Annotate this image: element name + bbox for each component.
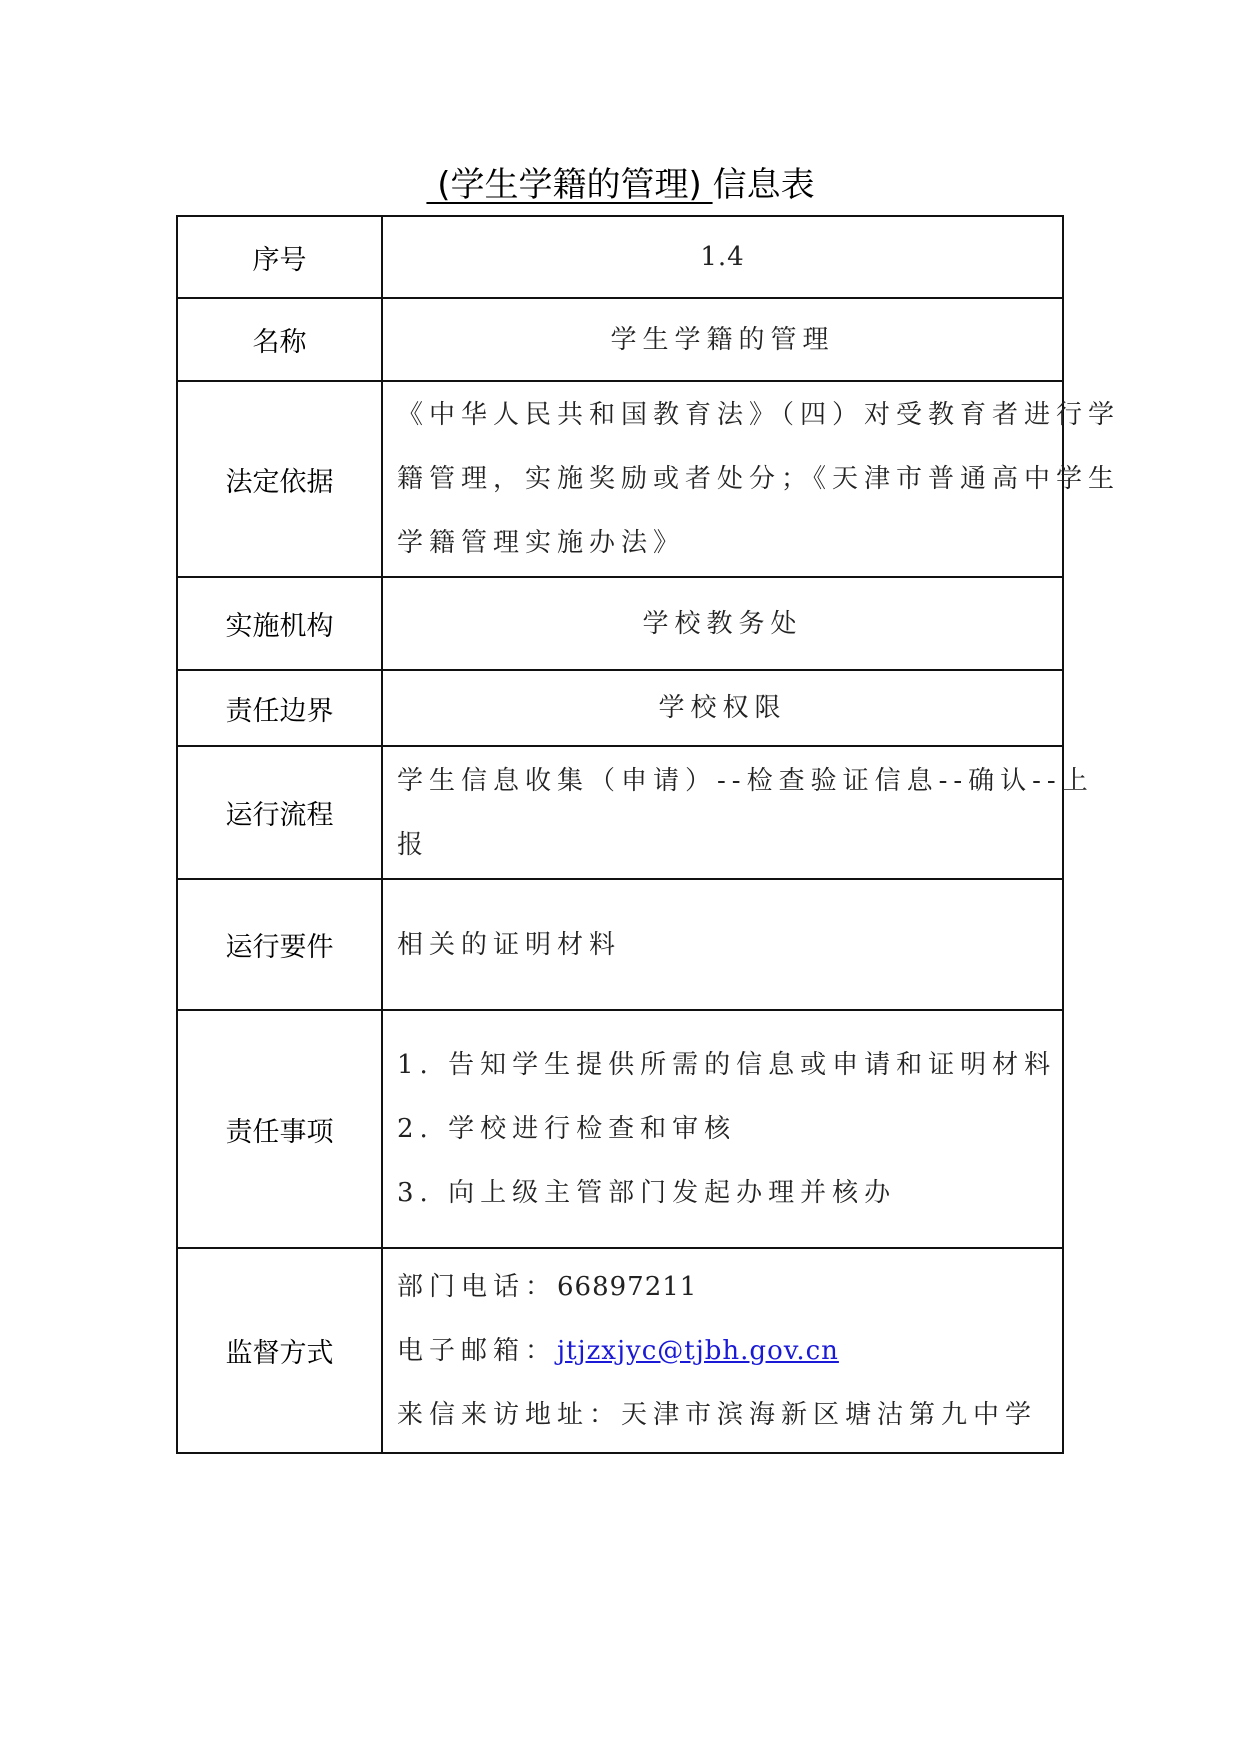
legal-basis-line-1: 《中华人民共和国教育法》（四）对受教育者进行学: [397, 383, 1054, 447]
process-line-2: 报: [397, 813, 1054, 877]
label-agency: 实施机构: [177, 577, 382, 670]
boundary: 学校权限: [383, 676, 1062, 740]
value-legal-basis: 《中华人民共和国教育法》（四）对受教育者进行学 籍管理，实施奖励或者处分；《天津…: [382, 381, 1063, 577]
phone-number: 66897211: [557, 1272, 697, 1302]
agency: 学校教务处: [383, 592, 1062, 656]
value-name: 学生学籍的管理: [382, 298, 1063, 381]
label-process: 运行流程: [177, 746, 382, 879]
address-label: 来信来访地址：: [397, 1400, 621, 1430]
email-link[interactable]: jtjzxjyc@tjbh.gov.cn: [557, 1336, 839, 1366]
table-row-supervision: 监督方式 部门电话：66897211 电子邮箱：jtjzxjyc@tjbh.go…: [177, 1248, 1063, 1453]
value-boundary: 学校权限: [382, 670, 1063, 746]
label-boundary: 责任边界: [177, 670, 382, 746]
label-supervision: 监督方式: [177, 1248, 382, 1453]
label-legal-basis: 法定依据: [177, 381, 382, 577]
document-title: (学生学籍的管理) 信息表: [0, 162, 1241, 210]
table-row-serial: 序号 1.4: [177, 216, 1063, 298]
table-row-agency: 实施机构 学校教务处: [177, 577, 1063, 670]
value-serial: 1.4: [382, 216, 1063, 298]
responsibility-item-2: 2. 学校进行检查和审核: [397, 1097, 1054, 1161]
value-agency: 学校教务处: [382, 577, 1063, 670]
document-title-suffix: 信息表: [713, 165, 815, 205]
responsibility-item-1: 1. 告知学生提供所需的信息或申请和证明材料: [397, 1033, 1054, 1097]
info-table: 序号 1.4 名称 学生学籍的管理 法定依据 《中华人民共和国教育法》（四）对受…: [176, 215, 1064, 1454]
phone-label: 部门电话：: [397, 1272, 557, 1302]
supervision-email-line: 电子邮箱：jtjzxjyc@tjbh.gov.cn: [397, 1319, 1054, 1383]
legal-basis-line-3: 学籍管理实施办法》: [397, 511, 1054, 575]
responsibility-item-3: 3. 向上级主管部门发起办理并核办: [397, 1161, 1054, 1225]
value-supervision: 部门电话：66897211 电子邮箱：jtjzxjyc@tjbh.gov.cn …: [382, 1248, 1063, 1453]
table-row-responsibilities: 责任事项 1. 告知学生提供所需的信息或申请和证明材料 2. 学校进行检查和审核…: [177, 1010, 1063, 1248]
item-name: 学生学籍的管理: [383, 308, 1062, 372]
address: 天津市滨海新区塘沽第九中学: [621, 1400, 1037, 1430]
table-row-legal-basis: 法定依据 《中华人民共和国教育法》（四）对受教育者进行学 籍管理，实施奖励或者处…: [177, 381, 1063, 577]
label-serial: 序号: [177, 216, 382, 298]
value-process: 学生信息收集（申请）--检查验证信息--确认--上 报: [382, 746, 1063, 879]
supervision-address-line: 来信来访地址：天津市滨海新区塘沽第九中学: [397, 1383, 1054, 1447]
supervision-phone-line: 部门电话：66897211: [397, 1255, 1054, 1319]
serial-number: 1.4: [383, 225, 1062, 289]
label-responsibilities: 责任事项: [177, 1010, 382, 1248]
table-row-boundary: 责任边界 学校权限: [177, 670, 1063, 746]
label-name: 名称: [177, 298, 382, 381]
table-row-requirements: 运行要件 相关的证明材料: [177, 879, 1063, 1010]
requirements: 相关的证明材料: [397, 913, 1054, 977]
process-line-1: 学生信息收集（申请）--检查验证信息--确认--上: [397, 749, 1054, 813]
email-label: 电子邮箱：: [397, 1336, 557, 1366]
table-row-process: 运行流程 学生信息收集（申请）--检查验证信息--确认--上 报: [177, 746, 1063, 879]
label-requirements: 运行要件: [177, 879, 382, 1010]
value-responsibilities: 1. 告知学生提供所需的信息或申请和证明材料 2. 学校进行检查和审核 3. 向…: [382, 1010, 1063, 1248]
table-row-name: 名称 学生学籍的管理: [177, 298, 1063, 381]
document-title-subject: (学生学籍的管理): [426, 165, 712, 205]
legal-basis-line-2: 籍管理，实施奖励或者处分；《天津市普通高中学生: [397, 447, 1054, 511]
value-requirements: 相关的证明材料: [382, 879, 1063, 1010]
